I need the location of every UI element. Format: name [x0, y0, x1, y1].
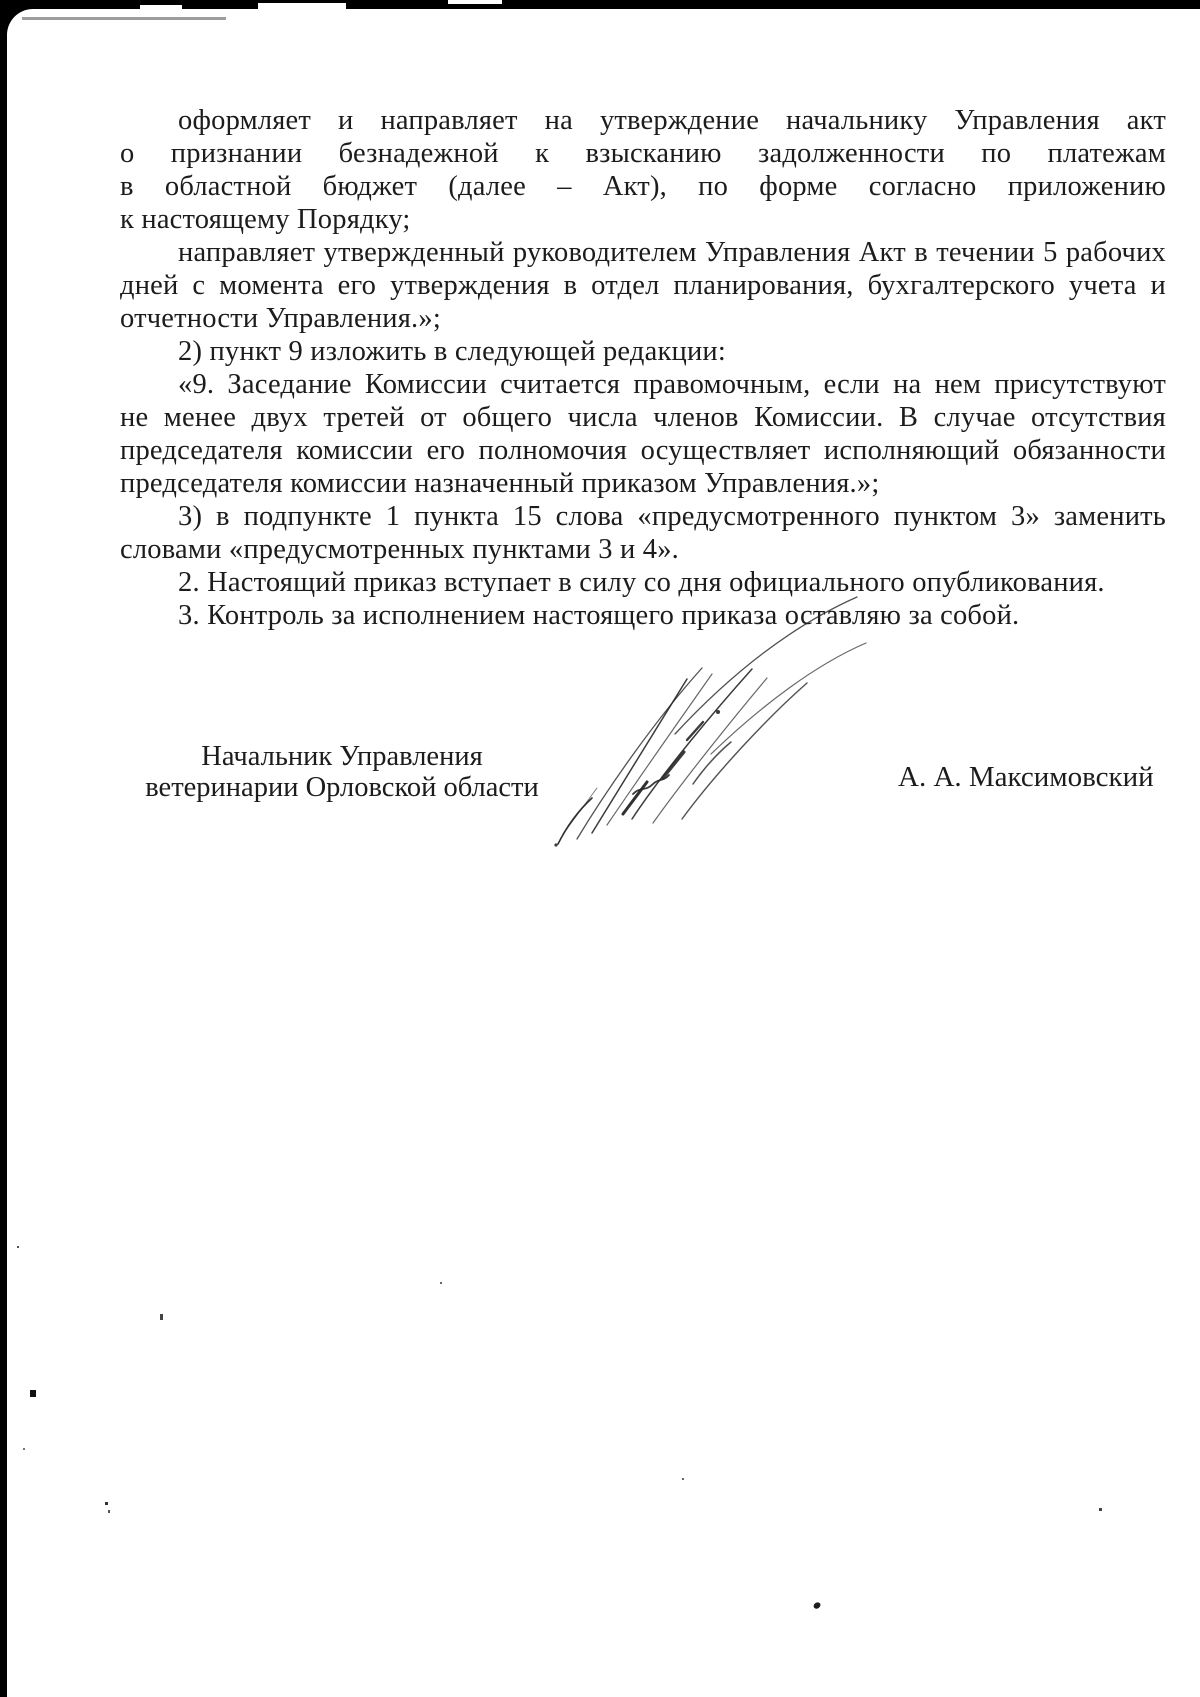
- text-line: председателя комиссии его полномочия осу…: [120, 434, 1166, 467]
- paragraph: 3) в подпункте 1 пункта 15 слова «предус…: [120, 500, 1166, 566]
- signatory-name: А. А. Максимовский: [898, 761, 1154, 794]
- text-line: не менее двух третей от общего числа чле…: [120, 401, 1166, 434]
- text-line: к настоящему Порядку;: [120, 203, 1166, 236]
- text-line: 2) пункт 9 изложить в следующей редакции…: [120, 335, 1166, 368]
- text-line: словами «предусмотренных пунктами 3 и 4»…: [120, 533, 1166, 566]
- scan-speck: [440, 1282, 442, 1284]
- scan-edge-gap: [448, 0, 502, 4]
- scan-speck: [682, 1478, 684, 1480]
- scan-artifact-left-edge: [0, 0, 7, 1697]
- text-line: «9. Заседание Комиссии считается правомо…: [120, 368, 1166, 401]
- scan-speck: [813, 1601, 822, 1610]
- scan-speck: [23, 1448, 25, 1450]
- scan-speck: [105, 1502, 108, 1505]
- text-line: о признании безнадежной к взысканию задо…: [120, 137, 1166, 170]
- handwritten-signature: [535, 582, 875, 862]
- paragraph: направляет утвержденный руководителем Уп…: [120, 236, 1166, 335]
- text-line: оформляет и направляет на утверждение на…: [120, 104, 1166, 137]
- text-line: направляет утвержденный руководителем Уп…: [120, 236, 1166, 269]
- scan-edge-gap: [258, 3, 346, 9]
- paragraph: 2) пункт 9 изложить в следующей редакции…: [120, 335, 1166, 368]
- scan-speck: [108, 1510, 110, 1513]
- scan-edge-gap: [140, 5, 182, 9]
- text-line: дней с момента его утверждения в отдел п…: [120, 269, 1166, 302]
- scan-artifact-gray-line: [22, 17, 226, 20]
- scan-speck: [160, 1314, 163, 1320]
- scan-speck: [1099, 1508, 1102, 1511]
- text-line: председателя комиссии назначенный приказ…: [120, 467, 1166, 500]
- signatory-position-line1: Начальник Управления: [118, 741, 566, 772]
- signatory-position-line2: ветеринарии Орловской области: [118, 772, 566, 803]
- scanned-document-page: оформляет и направляет на утверждение на…: [0, 0, 1200, 1697]
- text-line: 3) в подпункте 1 пункта 15 слова «предус…: [120, 500, 1166, 533]
- signatory-position: Начальник Управления ветеринарии Орловск…: [118, 741, 566, 803]
- document-body: оформляет и направляет на утверждение на…: [120, 104, 1166, 632]
- scan-speck: [30, 1390, 36, 1397]
- text-line: в областной бюджет (далее – Акт), по фор…: [120, 170, 1166, 203]
- scan-speck: [17, 1246, 19, 1248]
- paragraph: оформляет и направляет на утверждение на…: [120, 104, 1166, 236]
- text-line: отчетности Управления.»;: [120, 302, 1166, 335]
- paragraph: «9. Заседание Комиссии считается правомо…: [120, 368, 1166, 500]
